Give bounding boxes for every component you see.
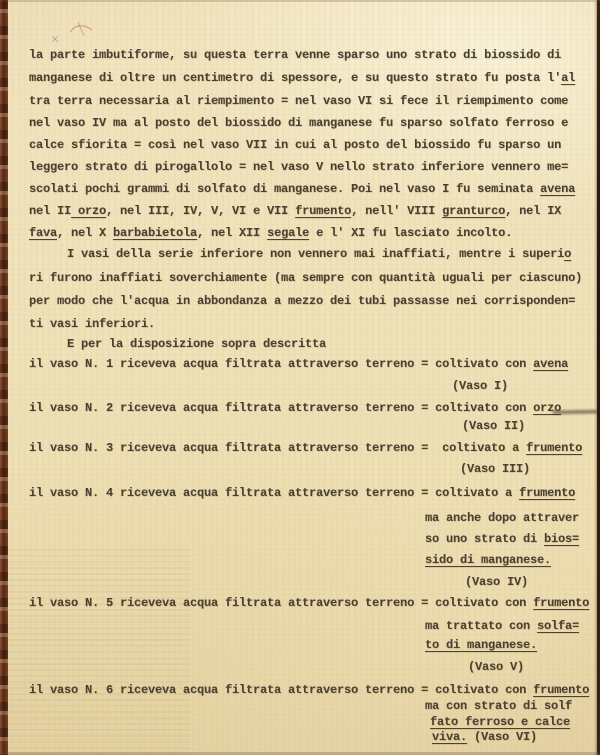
text-line: il vaso N. 1 riceveva acqua filtrata att… xyxy=(29,357,568,374)
underlined-text: orzo xyxy=(533,401,561,415)
text-segment: il vaso N. 5 riceveva acqua filtrata att… xyxy=(29,596,533,610)
text-line: ma con strato di solf xyxy=(425,699,572,716)
text-line: il vaso N. 2 riceveva acqua filtrata att… xyxy=(29,401,561,418)
paper-texture-bottom-left xyxy=(0,545,190,755)
text-line: tra terra necessaria al riempimento = ne… xyxy=(29,94,568,111)
text-segment: leggero strato di pirogallolo = nel vaso… xyxy=(29,160,568,174)
underlined-text: avena xyxy=(533,357,568,371)
text-segment: per modo che l'acqua in abbondanza a mez… xyxy=(29,294,575,308)
underlined-text: frumento xyxy=(295,204,351,218)
underlined-text: segale xyxy=(267,226,309,240)
underlined-text: orzo xyxy=(71,204,106,218)
text-line: per modo che l'acqua in abbondanza a mez… xyxy=(29,294,575,311)
text-line: ma trattato con solfa= xyxy=(425,619,579,636)
text-segment: e l' XI fu lasciato incolto. xyxy=(309,226,512,240)
pencil-mark xyxy=(48,18,104,46)
text-line: to di manganese. xyxy=(425,638,537,655)
text-segment: ma anche dopo attraver xyxy=(425,511,579,525)
text-line: sido di manganese. xyxy=(425,553,551,570)
text-line: la parte imbutiforme, su questa terra ve… xyxy=(29,48,561,65)
text-line: (Vaso V) xyxy=(468,660,524,677)
underlined-text: frumento xyxy=(533,683,589,697)
text-line: viva. (Vaso VI) xyxy=(432,730,537,747)
text-segment: tra terra necessaria al riempimento = ne… xyxy=(29,94,568,108)
underlined-text: frumento xyxy=(519,486,575,500)
underlined-text: granturco xyxy=(442,204,505,218)
text-segment: ti vasi inferiori. xyxy=(29,317,155,331)
underlined-text: frumento xyxy=(526,441,582,455)
text-segment: , nel IX xyxy=(505,204,561,218)
text-segment: (Vaso VI) xyxy=(467,730,537,744)
text-line: il vaso N. 5 riceveva acqua filtrata att… xyxy=(29,596,589,613)
text-line: il vaso N. 6 riceveva acqua filtrata att… xyxy=(29,683,589,700)
underlined-text: al xyxy=(561,71,575,85)
text-segment: scolati pochi grammi di solfato di manga… xyxy=(29,182,540,196)
text-segment: calce sfiorita = così nel vaso VII in cu… xyxy=(29,138,561,152)
text-segment: (Vaso III) xyxy=(460,462,530,476)
text-line: calce sfiorita = così nel vaso VII in cu… xyxy=(29,138,561,155)
text-line: ma anche dopo attraver xyxy=(425,511,579,528)
text-line: so uno strato di bios= xyxy=(425,532,579,549)
text-segment: il vaso N. 6 riceveva acqua filtrata att… xyxy=(29,683,533,697)
text-segment: (Vaso I) xyxy=(452,379,508,393)
text-line: fava, nel X barbabietola, nel XII segale… xyxy=(29,226,512,243)
text-segment: I vasi della serie inferiore non vennero… xyxy=(67,247,564,261)
text-segment: nel II xyxy=(29,204,71,218)
text-line: nel vaso IV ma al posto del biossido di … xyxy=(29,116,568,133)
underlined-text: sido di manganese. xyxy=(425,553,551,567)
text-segment: (Vaso V) xyxy=(468,660,524,674)
text-segment: , nel III, IV, V, VI e VII xyxy=(106,204,295,218)
document-page: la parte imbutiforme, su questa terra ve… xyxy=(0,0,600,755)
text-segment: il vaso N. 1 riceveva acqua filtrata att… xyxy=(29,357,533,371)
underlined-text: barbabietola xyxy=(113,226,197,240)
text-segment: (Vaso IV) xyxy=(465,575,528,589)
text-line: (Vaso III) xyxy=(460,462,530,479)
text-line: ri furono inaffiati soverchiamente (ma s… xyxy=(29,271,582,288)
underlined-text: solfa= xyxy=(537,619,579,633)
text-segment: la parte imbutiforme, su questa terra ve… xyxy=(29,48,561,62)
text-line: (Vaso II) xyxy=(462,419,525,436)
text-segment: E per la disposizione sopra descritta xyxy=(67,337,326,351)
page-top-edge xyxy=(0,0,600,2)
text-line: il vaso N. 3 riceveva acqua filtrata att… xyxy=(29,441,582,458)
underlined-text: frumento xyxy=(533,596,589,610)
text-line: nel II orzo, nel III, IV, V, VI e VII fr… xyxy=(29,204,561,221)
text-segment: nel vaso IV ma al posto del biossido di … xyxy=(29,116,568,130)
text-segment: ri furono inaffiati soverchiamente (ma s… xyxy=(29,271,582,285)
text-segment: so uno strato di xyxy=(425,532,544,546)
text-segment: ma con strato di solf xyxy=(425,699,572,713)
underlined-text: fato ferroso e calce xyxy=(430,715,570,729)
text-segment: , nell' VIII xyxy=(351,204,442,218)
text-segment: manganese di oltre un centimetro di spes… xyxy=(29,71,561,85)
text-line: (Vaso I) xyxy=(452,379,508,396)
text-line: leggero strato di pirogallolo = nel vaso… xyxy=(29,160,568,177)
text-segment: il vaso N. 4 riceveva acqua filtrata att… xyxy=(29,486,519,500)
underlined-text: o xyxy=(564,247,571,261)
underlined-text: avena xyxy=(540,182,575,196)
text-segment: il vaso N. 2 riceveva acqua filtrata att… xyxy=(29,401,533,415)
text-line: il vaso N. 4 riceveva acqua filtrata att… xyxy=(29,486,575,503)
underlined-text: viva. xyxy=(432,730,467,744)
text-segment: ma trattato con xyxy=(425,619,537,633)
text-segment: , nel XII xyxy=(197,226,267,240)
text-segment: , nel X xyxy=(57,226,113,240)
text-line: manganese di oltre un centimetro di spes… xyxy=(29,71,575,88)
text-line: scolati pochi grammi di solfato di manga… xyxy=(29,182,575,199)
underlined-text: bios= xyxy=(544,532,579,546)
underlined-text: to di manganese. xyxy=(425,638,537,652)
page-left-edge xyxy=(0,0,8,755)
text-segment: (Vaso II) xyxy=(462,419,525,433)
text-line: (Vaso IV) xyxy=(465,575,528,592)
text-line: I vasi della serie inferiore non vennero… xyxy=(67,247,571,264)
text-line: ti vasi inferiori. xyxy=(29,317,155,334)
text-line: E per la disposizione sopra descritta xyxy=(67,337,326,354)
text-segment: il vaso N. 3 riceveva acqua filtrata att… xyxy=(29,441,526,455)
underlined-text: fava xyxy=(29,226,57,240)
